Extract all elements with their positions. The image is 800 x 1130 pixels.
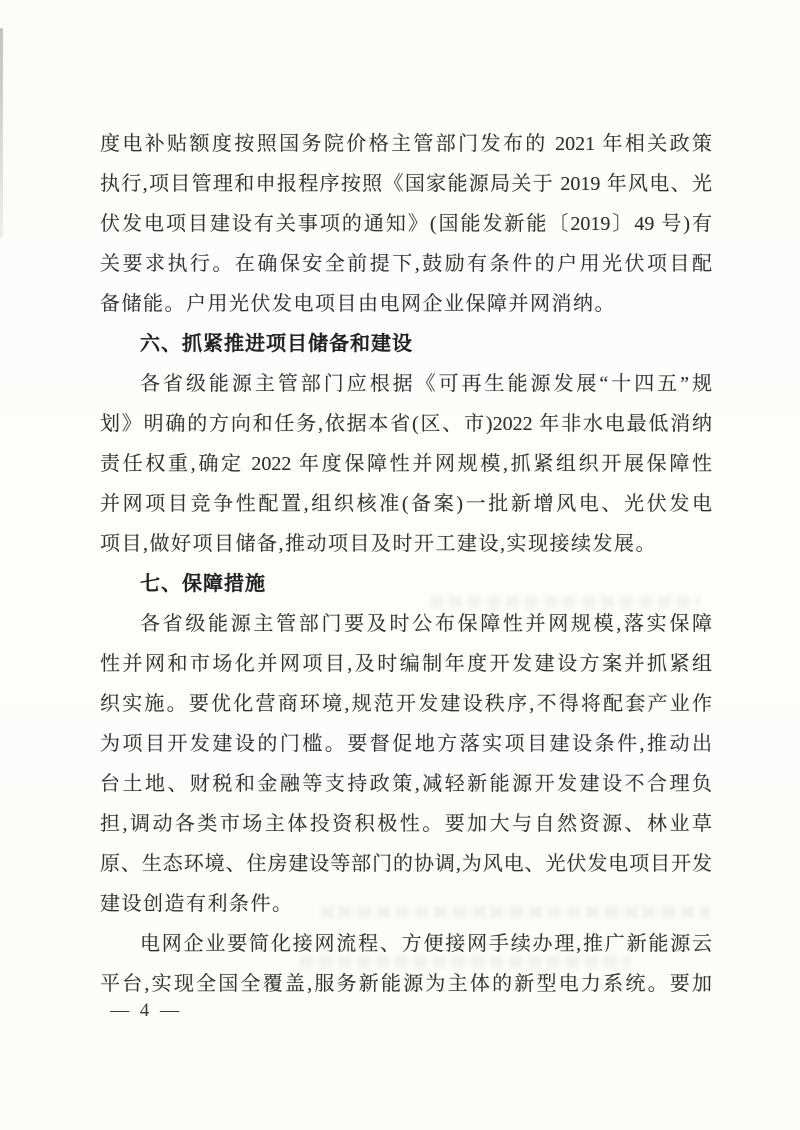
body-line: 担,调动各类市场主体投资积极性。要加大与自然资源、林业草	[100, 804, 712, 844]
section-heading: 七、保障措施	[100, 564, 712, 604]
body-line: 各省级能源主管部门要及时公布保障性并网规模,落实保障	[100, 604, 712, 644]
body-line: 度电补贴额度按照国务院价格主管部门发布的 2021 年相关政策	[100, 124, 712, 164]
body-line: 平台,实现全国全覆盖,服务新能源为主体的新型电力系统。要加	[100, 964, 712, 1004]
body-line: 伏发电项目建设有关事项的通知》(国能发新能〔2019〕49 号)有	[100, 204, 712, 244]
body-line: 备储能。户用光伏发电项目由电网企业保障并网消纳。	[100, 284, 712, 324]
document-body: 度电补贴额度按照国务院价格主管部门发布的 2021 年相关政策执行,项目管理和申…	[100, 124, 712, 1004]
body-line: 电网企业要简化接网流程、方便接网手续办理,推广新能源云	[100, 924, 712, 964]
body-line: 建设创造有利条件。	[100, 884, 712, 924]
body-line: 关要求执行。在确保安全前提下,鼓励有条件的户用光伏项目配	[100, 244, 712, 284]
body-line: 并网项目竞争性配置,组织核准(备案)一批新增风电、光伏发电	[100, 484, 712, 524]
scanned-document-page: 度电补贴额度按照国务院价格主管部门发布的 2021 年相关政策执行,项目管理和申…	[0, 0, 800, 1130]
body-line: 织实施。要优化营商环境,规范开发建设秩序,不得将配套产业作	[100, 684, 712, 724]
body-line: 为项目开发建设的门槛。要督促地方落实项目建设条件,推动出	[100, 724, 712, 764]
body-line: 原、生态环境、住房建设等部门的协调,为风电、光伏发电项目开发	[100, 844, 712, 884]
page-number: — 4 —	[110, 1000, 182, 1022]
body-line: 划》明确的方向和任务,依据本省(区、市)2022 年非水电最低消纳	[100, 404, 712, 444]
scan-edge-artifact	[0, 28, 3, 238]
body-line: 执行,项目管理和申报程序按照《国家能源局关于 2019 年风电、光	[100, 164, 712, 204]
body-line: 项目,做好项目储备,推动项目及时开工建设,实现接续发展。	[100, 524, 712, 564]
body-line: 性并网和市场化并网项目,及时编制年度开发建设方案并抓紧组	[100, 644, 712, 684]
body-line: 台土地、财税和金融等支持政策,减轻新能源开发建设不合理负	[100, 764, 712, 804]
body-line: 各省级能源主管部门应根据《可再生能源发展“十四五”规	[100, 364, 712, 404]
section-heading: 六、抓紧推进项目储备和建设	[100, 324, 712, 364]
body-line: 责任权重,确定 2022 年度保障性并网规模,抓紧组织开展保障性	[100, 444, 712, 484]
